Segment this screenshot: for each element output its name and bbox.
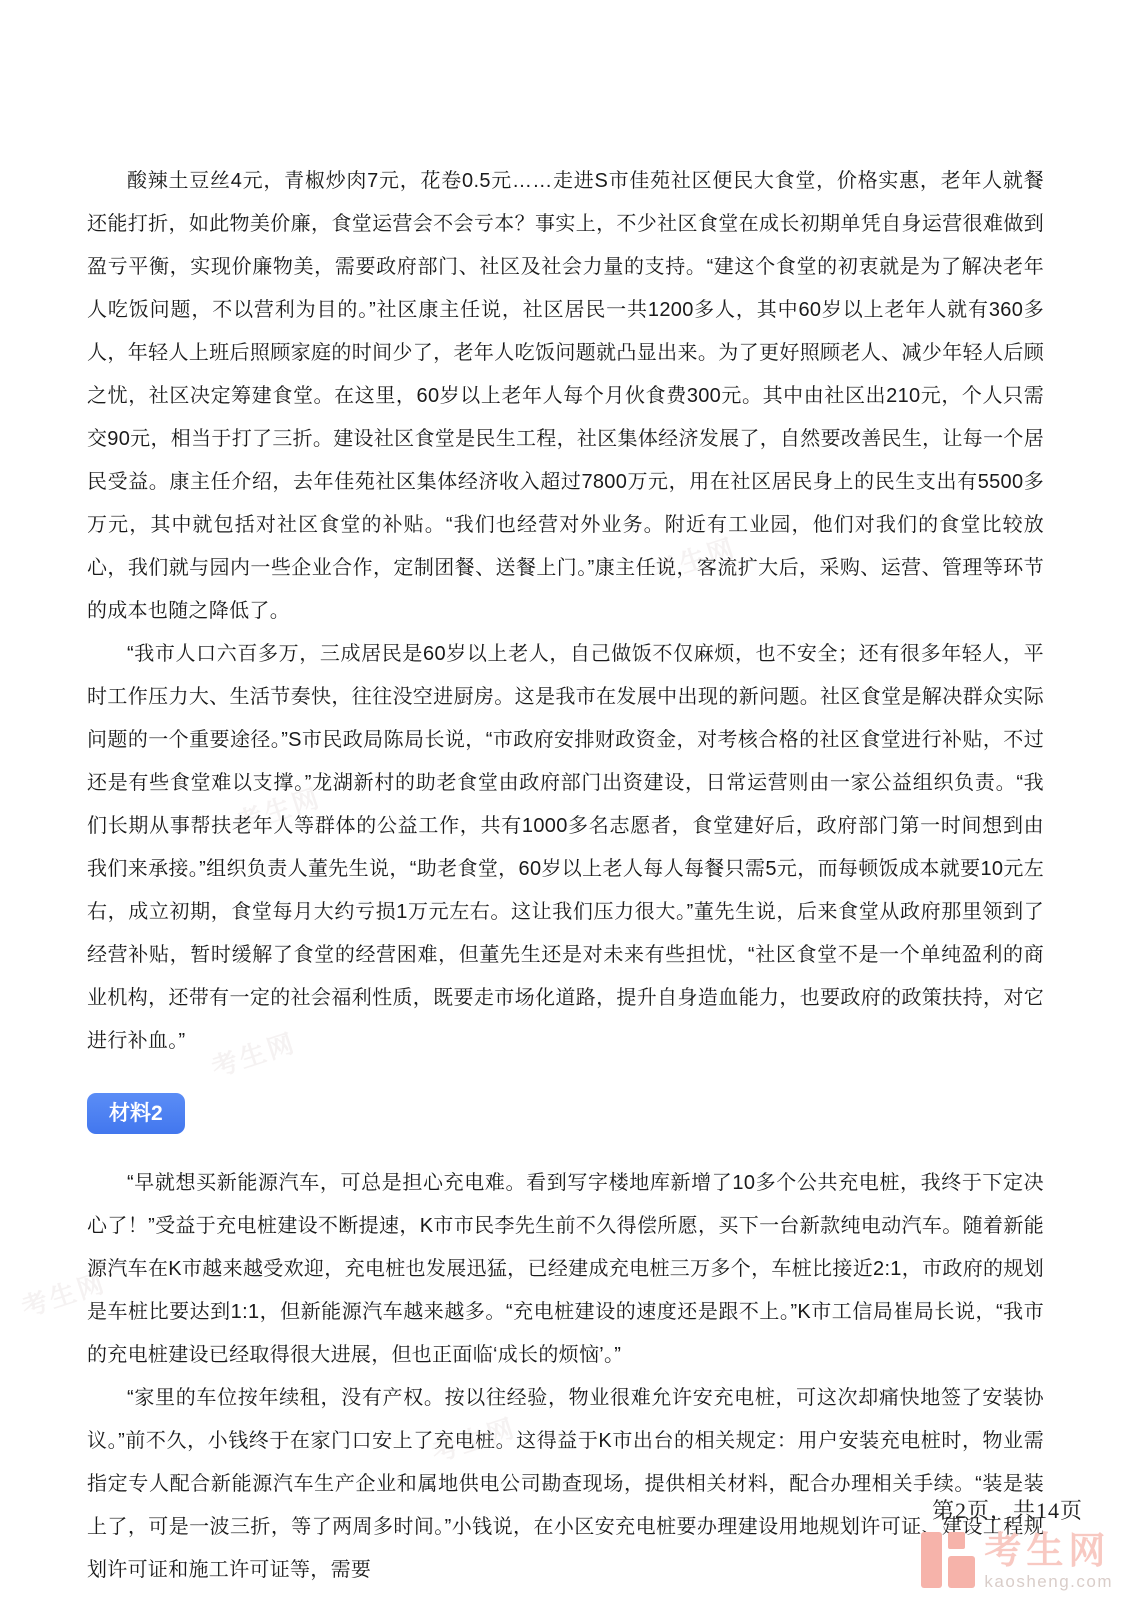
material1-paragraph-2: “我市人口六百多万，三成居民是60岁以上老人，自己做饭不仅麻烦，也不安全；还有很… bbox=[87, 633, 1044, 1063]
material2-paragraph-2: “家里的车位按年续租，没有产权。按以往经验，物业很难允许安充电桩，可这次却痛快地… bbox=[87, 1377, 1044, 1592]
kaosheng-logo-text: 考生网 kaosheng.com bbox=[984, 1532, 1113, 1590]
document-page: 考生网 考生网 考生网 考生网 考生网 酸辣土豆丝4元，青椒炒肉7元，花卷0.5… bbox=[0, 0, 1131, 1600]
document-body: 酸辣土豆丝4元，青椒炒肉7元，花卷0.5元……走进S市佳苑社区便民大食堂，价格实… bbox=[87, 160, 1044, 1592]
material2-paragraph-1: “早就想买新能源汽车，可总是担心充电难。看到写字楼地库新增了10多个公共充电桩，… bbox=[87, 1162, 1044, 1377]
material2-badge: 材料2 bbox=[87, 1093, 185, 1134]
brand-domain: kaosheng.com bbox=[984, 1573, 1113, 1590]
kaosheng-logo: 考生网 kaosheng.com bbox=[921, 1532, 1113, 1590]
material2-badge-row: 材料2 bbox=[87, 1093, 1044, 1134]
material1-paragraph-1: 酸辣土豆丝4元，青椒炒肉7元，花卷0.5元……走进S市佳苑社区便民大食堂，价格实… bbox=[87, 160, 1044, 633]
page-number: 第2页，共14页 bbox=[932, 1494, 1083, 1525]
kaosheng-logo-icon bbox=[921, 1532, 975, 1588]
brand-name: 考生网 bbox=[984, 1532, 1113, 1569]
